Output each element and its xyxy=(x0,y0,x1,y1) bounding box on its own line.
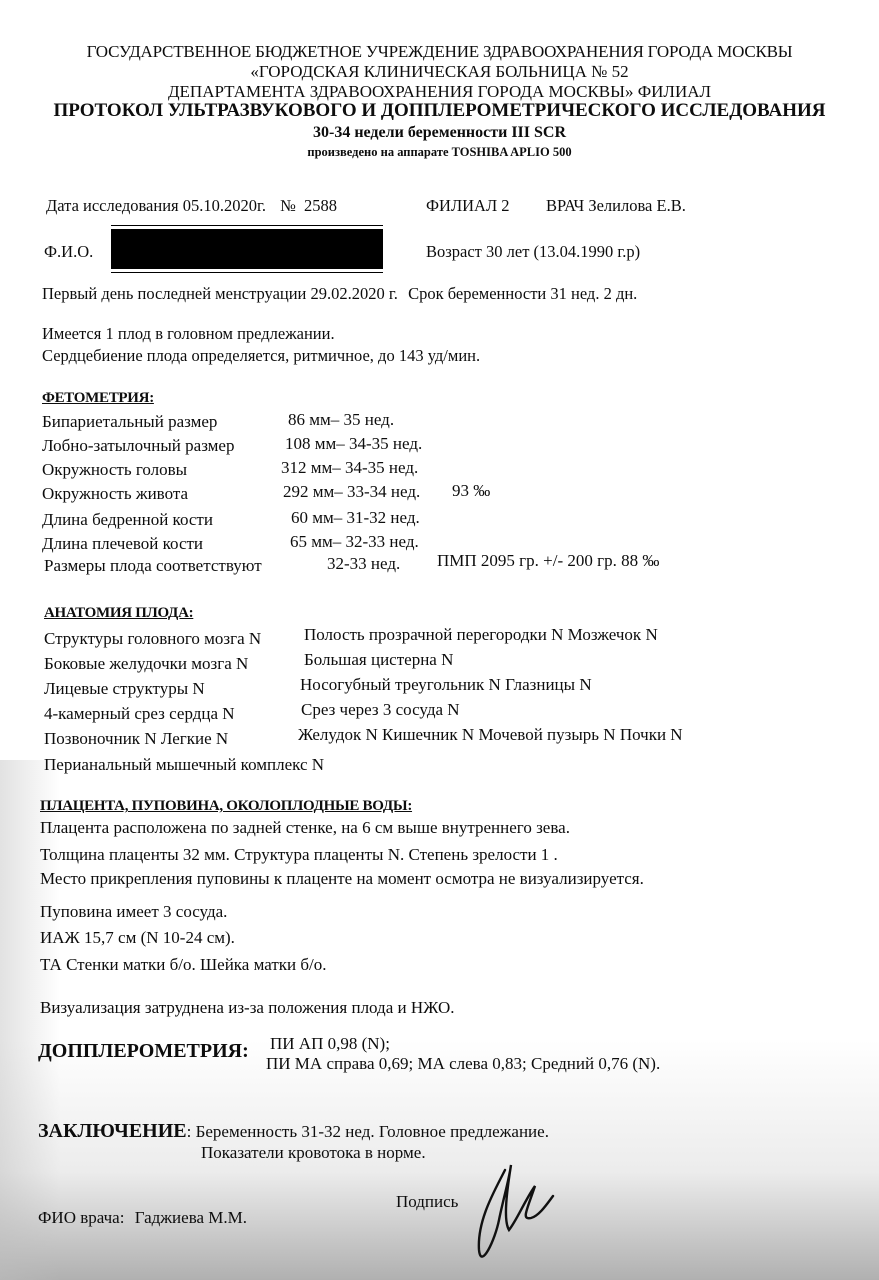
placenta-finding: ИАЖ 15,7 см (N 10-24 см). xyxy=(40,928,235,948)
doctor-row: ВРАЧ Зелилова Е.В. xyxy=(546,196,686,216)
placenta-finding: Толщина плаценты 32 мм. Структура плацен… xyxy=(40,845,558,865)
fetal-size-summary-label: Размеры плода соответствуют xyxy=(44,556,262,576)
fio-label: Ф.И.О. xyxy=(44,242,93,262)
fetometry-percentile: 93 ‰ xyxy=(452,481,490,501)
doppler-mca: ПИ МА справа 0,69; МА слева 0,83; Средни… xyxy=(266,1054,660,1074)
anatomy-item-right: Полость прозрачной перегородки N Мозжечо… xyxy=(304,625,658,645)
age-value: 30 лет (13.04.1990 г.р) xyxy=(486,242,640,261)
anatomy-item-left: Перианальный мышечный комплекс N xyxy=(44,755,324,775)
age-row: Возраст 30 лет (13.04.1990 г.р) xyxy=(426,242,640,262)
fetus-count: Имеется 1 плод в головном предлежании. xyxy=(42,324,335,344)
anatomy-item-left: Боковые желудочки мозга N xyxy=(44,654,248,674)
conclusion-title: ЗАКЛЮЧЕНИЕ xyxy=(38,1120,187,1142)
placenta-finding: Плацента расположена по задней стенке, н… xyxy=(40,818,570,838)
institution-line-2: «ГОРОДСКАЯ КЛИНИЧЕСКАЯ БОЛЬНИЦА № 52 xyxy=(0,62,879,82)
fetometry-label: Длина бедренной кости xyxy=(42,510,213,530)
exam-number-value: 2588 xyxy=(304,196,337,215)
doppler-ua: ПИ АП 0,98 (N); xyxy=(270,1034,390,1054)
fetometry-value: 65 мм– 32-33 нед. xyxy=(290,532,419,552)
lmp-value: 29.02.2020 г. xyxy=(311,284,398,303)
doppler-title: ДОППЛЕРОМЕТРИЯ: xyxy=(38,1040,249,1063)
lmp-row: Первый день последней менструации 29.02.… xyxy=(42,284,637,304)
fetometry-label: Лобно-затылочный размер xyxy=(42,436,234,456)
visualization-note: Визуализация затруднена из-за положения … xyxy=(40,998,454,1018)
protocol-subtitle: 30-34 недели беременности III SCR xyxy=(0,124,879,142)
exam-date-label: Дата исследования xyxy=(46,196,179,215)
signature-mark xyxy=(465,1160,555,1270)
fetal-heartbeat: Сердцебиение плода определяется, ритмичн… xyxy=(42,346,480,366)
redacted-patient-name xyxy=(111,229,383,269)
age-label: Возраст xyxy=(426,242,482,261)
fetometry-value: 292 мм– 33-34 нед. xyxy=(283,482,420,502)
conclusion-row: ЗАКЛЮЧЕНИЕ: Беременность 31-32 нед. Голо… xyxy=(38,1120,549,1143)
term-value: 31 нед. 2 дн. xyxy=(550,284,637,303)
exam-date-row: Дата исследования 05.10.2020г. № 2588 xyxy=(46,196,337,216)
protocol-title: ПРОТОКОЛ УЛЬТРАЗВУКОВОГО И ДОППЛЕРОМЕТРИ… xyxy=(0,100,879,122)
fetometry-value: 86 мм– 35 нед. xyxy=(288,410,394,430)
exam-date-value: 05.10.2020г. xyxy=(183,196,266,215)
paper-shadow xyxy=(0,1040,879,1280)
anatomy-item-left: 4-камерный срез сердца N xyxy=(44,704,235,724)
anatomy-item-right: Носогубный треугольник N Глазницы N xyxy=(300,675,592,695)
anatomy-item-right: Срез через 3 сосуда N xyxy=(301,700,460,720)
anatomy-item-right: Желудок N Кишечник N Мочевой пузырь N По… xyxy=(298,725,683,745)
device-line: произведено на аппарате TOSHIBA APLIO 50… xyxy=(0,145,879,160)
footer-doctor-label: ФИО врача: xyxy=(38,1208,124,1227)
fetometry-value: 60 мм– 31-32 нед. xyxy=(291,508,420,528)
fetal-size-summary-value: 32-33 нед. xyxy=(327,554,400,574)
conclusion-text: : Беременность 31-32 нед. Головное предл… xyxy=(187,1122,549,1141)
lmp-label: Первый день последней менструации xyxy=(42,284,306,303)
placenta-finding: Пуповина имеет 3 сосуда. xyxy=(40,902,227,922)
anatomy-item-left: Лицевые структуры N xyxy=(44,679,205,699)
fetometry-label: Бипариетальный размер xyxy=(42,412,217,432)
footer-doctor-row: ФИО врача: Гаджиева М.М. xyxy=(38,1208,247,1228)
anatomy-item-left: Структуры головного мозга N xyxy=(44,629,261,649)
anatomy-item-right: Большая цистерна N xyxy=(304,650,453,670)
fetometry-label: Длина плечевой кости xyxy=(42,534,203,554)
estimated-fetal-weight: ПМП 2095 гр. +/- 200 гр. 88 ‰ xyxy=(437,551,659,571)
anatomy-title: АНАТОМИЯ ПЛОДА: xyxy=(44,605,193,622)
institution-line-1: ГОСУДАРСТВЕННОЕ БЮДЖЕТНОЕ УЧРЕЖДЕНИЕ ЗДР… xyxy=(0,42,879,62)
exam-number-label: № xyxy=(280,196,296,215)
fetometry-value: 312 мм– 34-35 нед. xyxy=(281,458,418,478)
branch: ФИЛИАЛ 2 xyxy=(426,196,510,216)
signature-label: Подпись xyxy=(396,1192,458,1212)
placenta-title: ПЛАЦЕНТА, ПУПОВИНА, ОКОЛОПЛОДНЫЕ ВОДЫ: xyxy=(40,798,412,815)
doctor-value: Зелилова Е.В. xyxy=(588,196,686,215)
paper-shadow-left xyxy=(0,760,60,1280)
institution-line-3: ДЕПАРТАМЕНТА ЗДРАВООХРАНЕНИЯ ГОРОДА МОСК… xyxy=(0,82,879,102)
term-label: Срок беременности xyxy=(408,284,546,303)
anatomy-item-left: Позвоночник N Легкие N xyxy=(44,729,228,749)
fetometry-label: Окружность живота xyxy=(42,484,188,504)
fetometry-title: ФЕТОМЕТРИЯ: xyxy=(42,390,154,407)
conclusion-blood-flow: Показатели кровотока в норме. xyxy=(201,1143,426,1163)
fetometry-label: Окружность головы xyxy=(42,460,187,480)
placenta-finding: ТА Стенки матки б/о. Шейка матки б/о. xyxy=(40,955,327,975)
placenta-finding: Место прикрепления пуповины к плаценте н… xyxy=(40,869,644,889)
doctor-label: ВРАЧ xyxy=(546,196,584,215)
fetometry-value: 108 мм– 34-35 нед. xyxy=(285,434,422,454)
footer-doctor-value: Гаджиева М.М. xyxy=(135,1208,247,1227)
